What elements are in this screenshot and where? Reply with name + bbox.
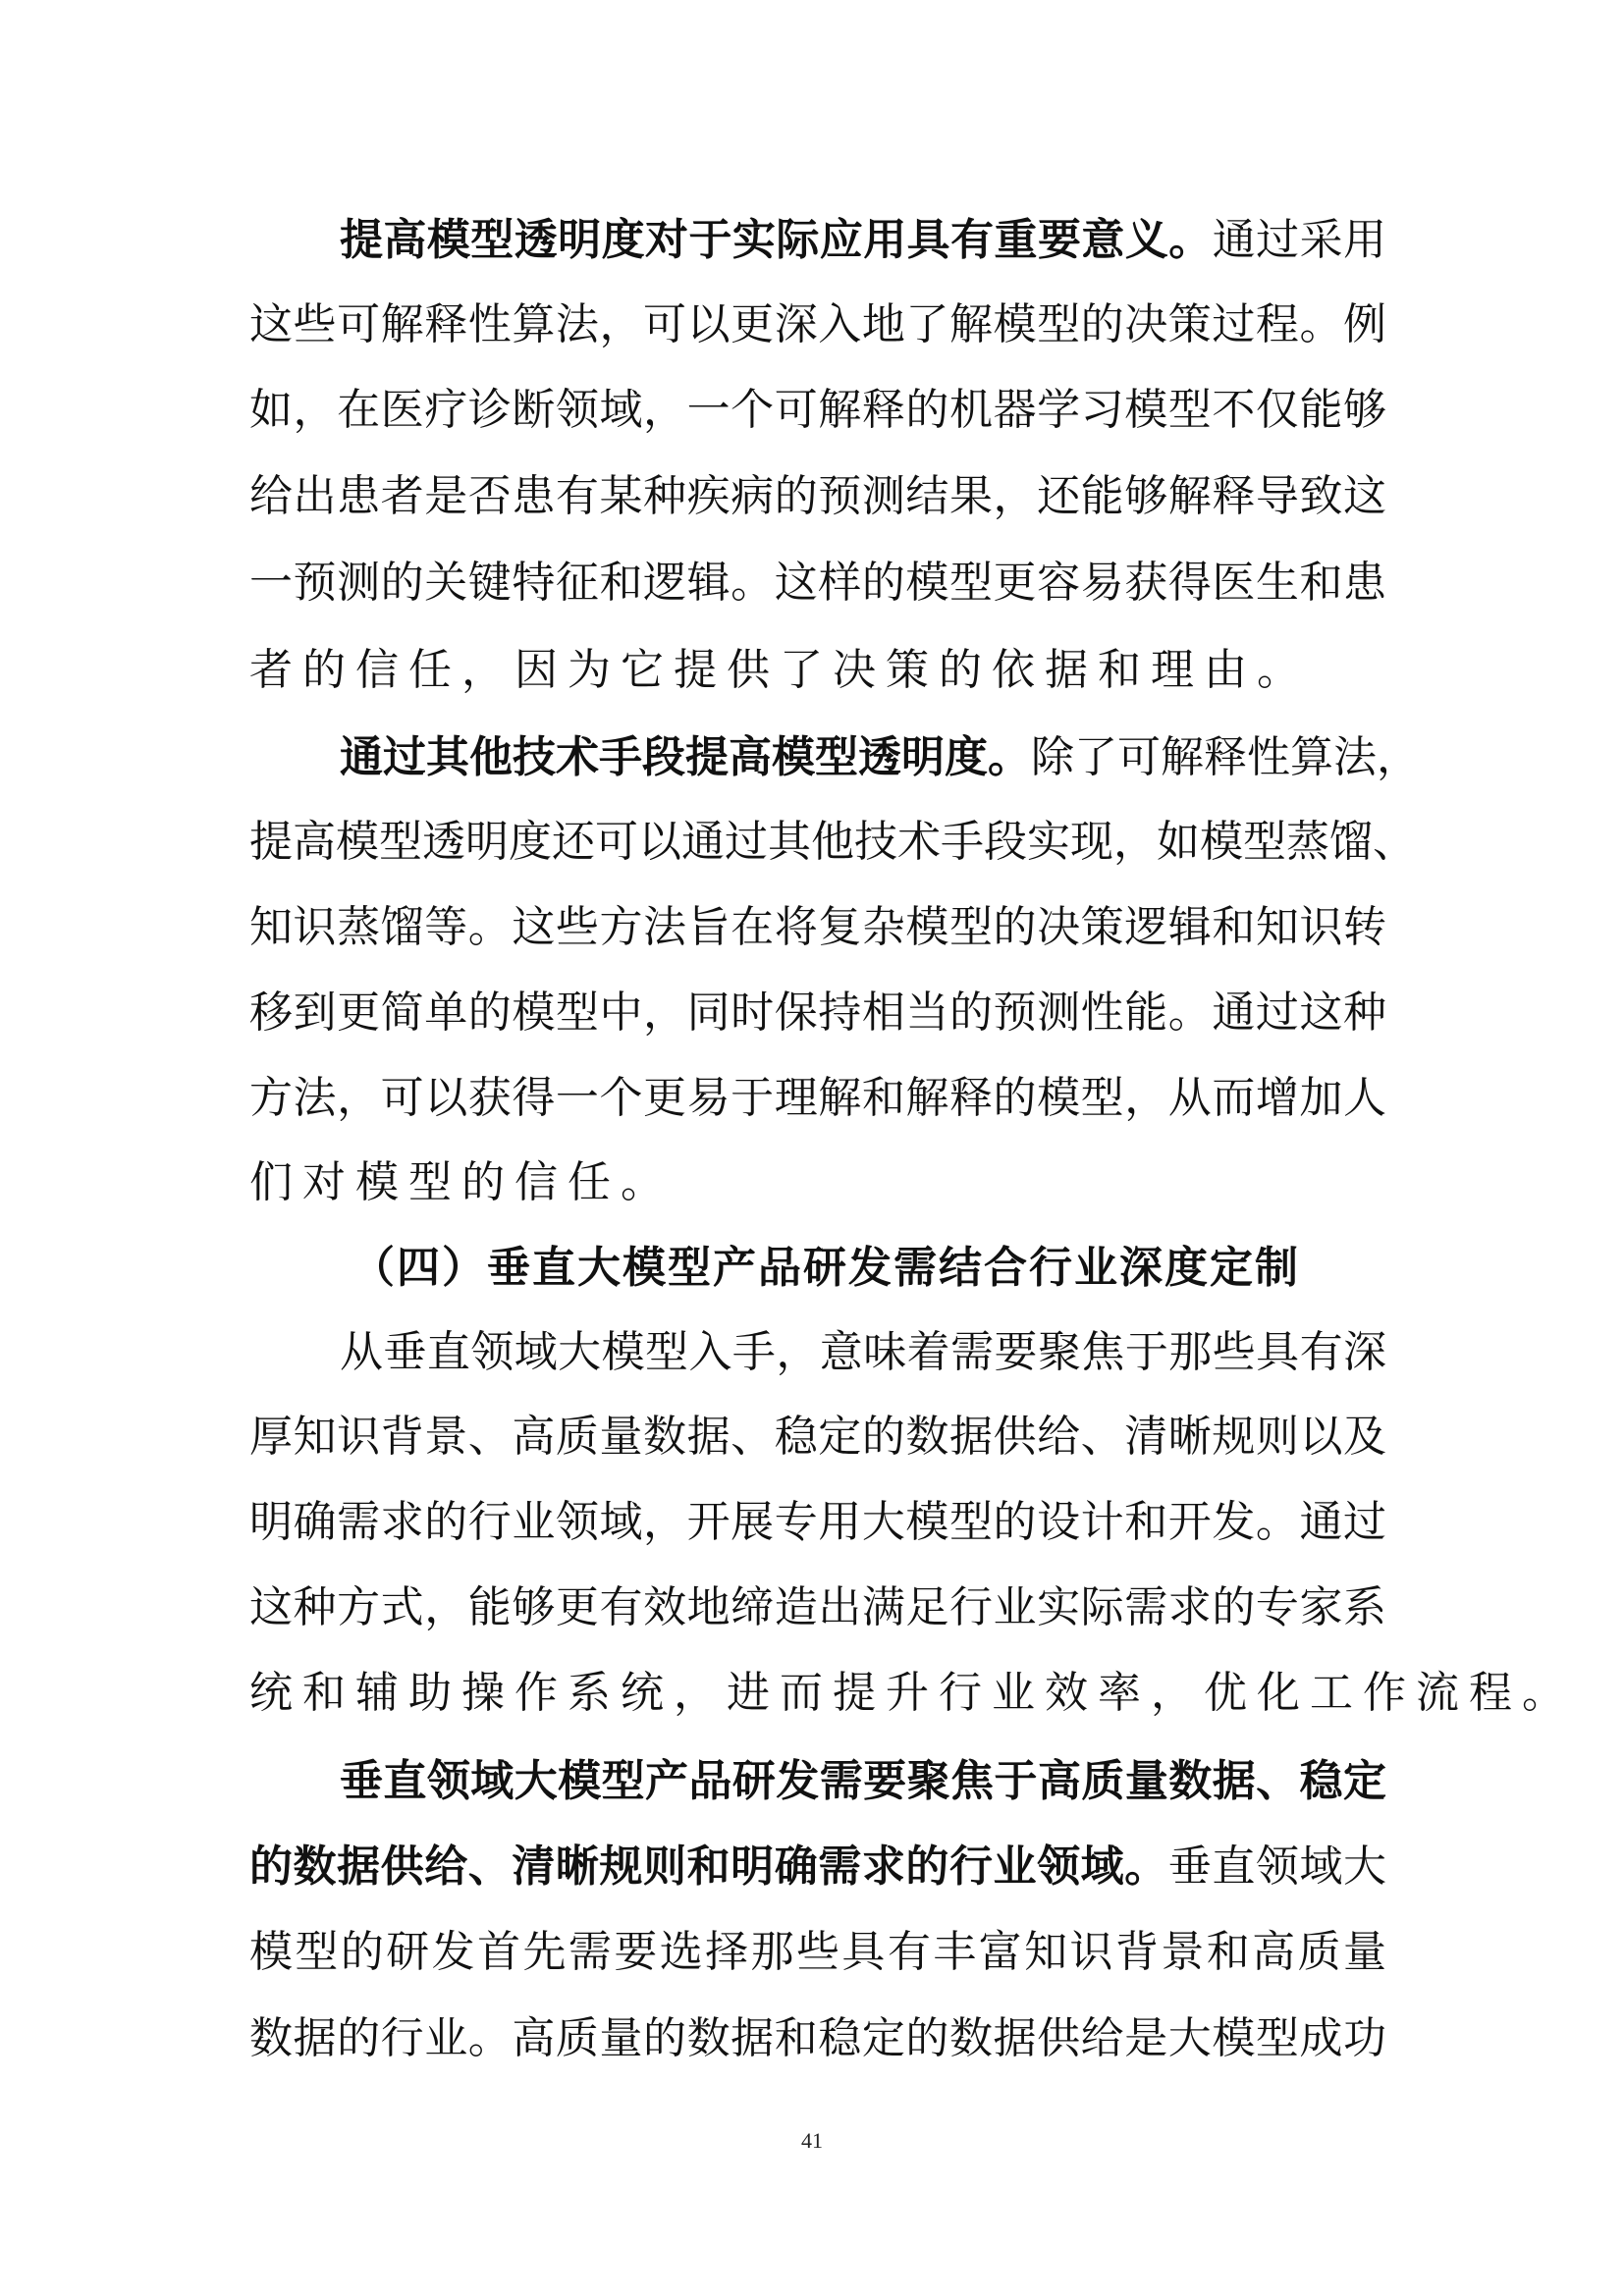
text-run: 知识蒸馏等。这些方法旨在将复杂模型的决策逻辑和知识转: [249, 902, 1386, 952]
text-run: 统和辅助操作系统，进而提升行业效率，优化工作流程。: [249, 1668, 1575, 1718]
paragraph-3-line-3: 明确需求的行业领域，开展专用大模型的设计和开发。通过: [249, 1493, 1386, 1552]
paragraph-2-line-1: 通过其他技术手段提高模型透明度。除了可解释性算法，: [340, 728, 1400, 787]
paragraph-3-line-5: 统和辅助操作系统，进而提升行业效率，优化工作流程。: [249, 1664, 1386, 1723]
text-run: 一预测的关键特征和逻辑。这样的模型更容易获得医生和患: [249, 558, 1386, 608]
text-run: 提高模型透明度还可以通过其他技术手段实现，如模型蒸馏、: [249, 817, 1416, 867]
text-run: 方法，可以获得一个更易于理解和解释的模型，从而增加人: [249, 1073, 1386, 1123]
text-run: 数据的行业。高质量的数据和稳定的数据供给是大模型成功: [249, 2013, 1386, 2063]
text-run: 这些可解释性算法，可以更深入地了解模型的决策过程。例: [249, 299, 1386, 349]
paragraph-1-line-2: 这些可解释性算法，可以更深入地了解模型的决策过程。例: [249, 295, 1386, 354]
paragraph-2-line-3: 知识蒸馏等。这些方法旨在将复杂模型的决策逻辑和知识转: [249, 898, 1386, 957]
paragraph-4-line-3: 模型的研发首先需要选择那些具有丰富知识背景和高质量: [249, 1923, 1386, 1982]
document-page: 提高模型透明度对于实际应用具有重要意义。通过采用 这些可解释性算法，可以更深入地…: [0, 0, 1624, 2296]
text-run: 给出患者是否患有某种疾病的预测结果，还能够解释导致这: [249, 471, 1386, 521]
paragraph-4-line-2: 的数据供给、清晰规则和明确需求的行业领域。垂直领域大: [249, 1838, 1386, 1896]
bold-lead-sentence: 通过其他技术手段提高模型透明度。: [340, 732, 1031, 782]
paragraph-2-line-4: 移到更简单的模型中，同时保持相当的预测性能。通过这种: [249, 984, 1386, 1042]
text-run: 厚知识背景、高质量数据、稳定的数据供给、清晰规则以及: [249, 1412, 1386, 1462]
text-run: 明确需求的行业领域，开展专用大模型的设计和开发。通过: [249, 1497, 1386, 1547]
paragraph-1-line-3: 如，在医疗诊断领域，一个可解释的机器学习模型不仅能够: [249, 381, 1386, 440]
paragraph-2-line-5: 方法，可以获得一个更易于理解和解释的模型，从而增加人: [249, 1069, 1386, 1128]
paragraph-2-line-2: 提高模型透明度还可以通过其他技术手段实现，如模型蒸馏、: [249, 813, 1400, 872]
paragraph-1-line-1: 提高模型透明度对于实际应用具有重要意义。通过采用: [340, 211, 1386, 270]
text-run: 们对模型的信任。: [249, 1157, 674, 1207]
text-run: 如，在医疗诊断领域，一个可解释的机器学习模型不仅能够: [249, 385, 1386, 435]
bold-lead-sentence: 垂直领域大模型产品研发需要聚焦于高质量数据、稳定: [340, 1756, 1386, 1806]
paragraph-1-line-4: 给出患者是否患有某种疾病的预测结果，还能够解释导致这: [249, 467, 1386, 526]
paragraph-2-line-6: 们对模型的信任。: [249, 1153, 1386, 1212]
paragraph-3-line-2: 厚知识背景、高质量数据、稳定的数据供给、清晰规则以及: [249, 1408, 1386, 1467]
text-run: 垂直领域大: [1168, 1842, 1386, 1892]
text-run: 者的信任，因为它提供了决策的依据和理由。: [249, 645, 1310, 695]
text-run: 这种方式，能够更有效地缔造出满足行业实际需求的专家系: [249, 1582, 1386, 1632]
paragraph-4-line-4: 数据的行业。高质量的数据和稳定的数据供给是大模型成功: [249, 2009, 1386, 2068]
text-run: 从垂直领域大模型入手，意味着需要聚焦于那些具有深: [340, 1327, 1386, 1377]
page-number: 41: [0, 2128, 1624, 2154]
section-heading: （四）垂直大模型产品研发需结合行业深度定制: [352, 1239, 1300, 1298]
paragraph-3-line-4: 这种方式，能够更有效地缔造出满足行业实际需求的专家系: [249, 1578, 1386, 1637]
text-run: 通过采用: [1213, 215, 1386, 265]
paragraph-1-line-6: 者的信任，因为它提供了决策的依据和理由。: [249, 641, 1386, 700]
paragraph-1-line-5: 一预测的关键特征和逻辑。这样的模型更容易获得医生和患: [249, 554, 1386, 613]
text-run: 除了可解释性算法，: [1031, 732, 1420, 782]
paragraph-4-line-1: 垂直领域大模型产品研发需要聚焦于高质量数据、稳定: [340, 1752, 1386, 1811]
bold-lead-sentence: 提高模型透明度对于实际应用具有重要意义。: [340, 215, 1213, 265]
text-run: 模型的研发首先需要选择那些具有丰富知识背景和高质量: [249, 1927, 1386, 1977]
paragraph-3-line-1: 从垂直领域大模型入手，意味着需要聚焦于那些具有深: [340, 1323, 1386, 1382]
text-run: 移到更简单的模型中，同时保持相当的预测性能。通过这种: [249, 988, 1386, 1038]
bold-lead-sentence: 的数据供给、清晰规则和明确需求的行业领域。: [249, 1842, 1168, 1892]
